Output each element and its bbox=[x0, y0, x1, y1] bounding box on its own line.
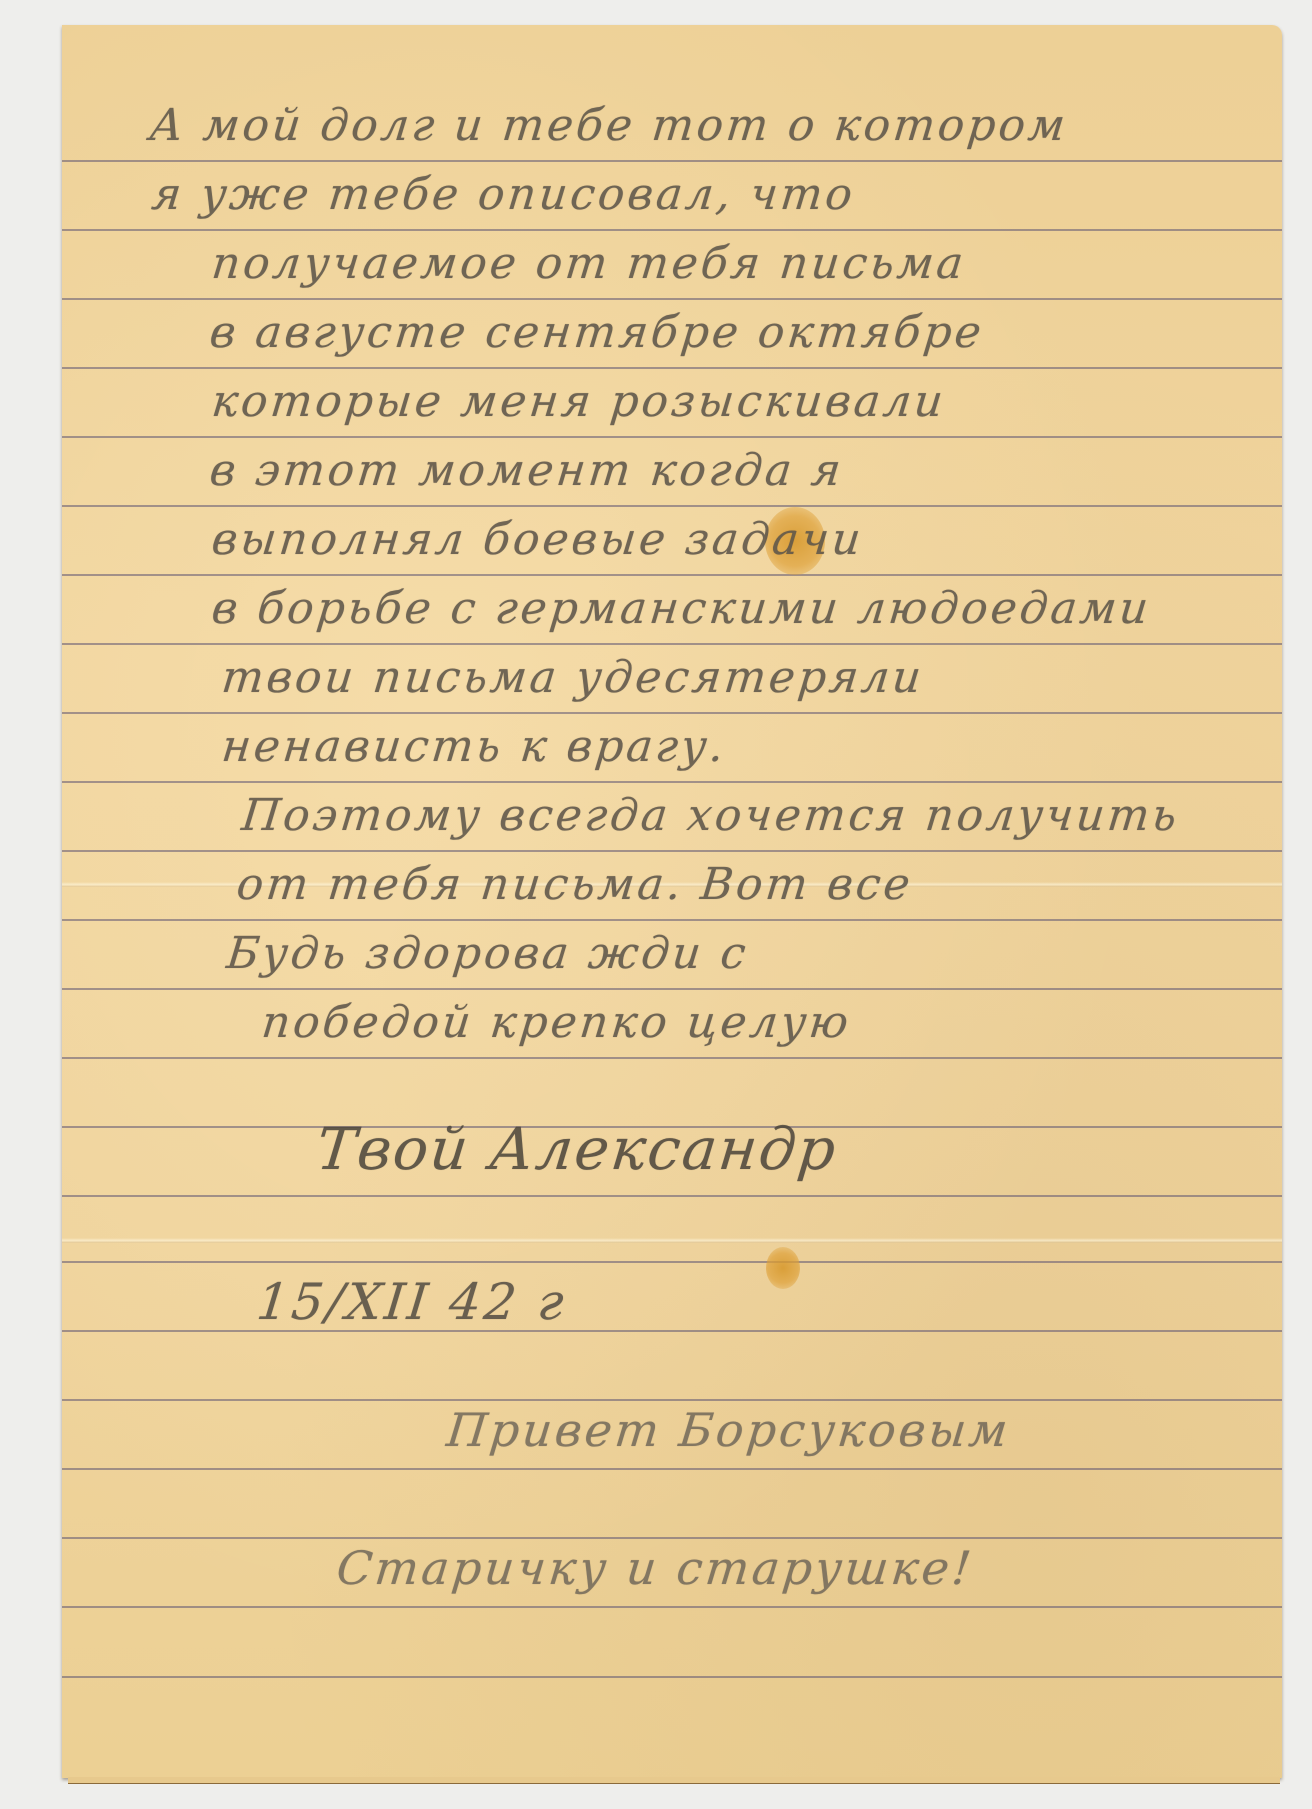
letter-line: которые меня розыскивали bbox=[209, 376, 948, 427]
letter-line: Поэтому всегда хочется получить bbox=[239, 790, 1182, 841]
ruled-line bbox=[62, 1606, 1282, 1608]
ruled-line bbox=[62, 1261, 1282, 1263]
ruled-line bbox=[62, 229, 1282, 231]
letter-paper: А мой долг и тебе тот о котором я уже те… bbox=[62, 25, 1282, 1778]
ruled-line bbox=[62, 643, 1282, 645]
ruled-line bbox=[62, 367, 1282, 369]
ruled-line bbox=[62, 436, 1282, 438]
letter-line: победой крепко целую bbox=[259, 997, 853, 1048]
ruled-line bbox=[62, 781, 1282, 783]
ruled-line bbox=[62, 1330, 1282, 1332]
letter-line: я уже тебе описовал, что bbox=[149, 169, 857, 220]
ruled-line bbox=[62, 1057, 1282, 1059]
letter-line: в августе сентябре октябре bbox=[207, 307, 986, 358]
ruled-line bbox=[62, 1468, 1282, 1470]
ruled-line bbox=[62, 850, 1282, 852]
ruled-line bbox=[62, 1676, 1282, 1678]
ruled-line bbox=[62, 919, 1282, 921]
letter-line: в этот момент когда я bbox=[207, 445, 846, 496]
letter-date: 15/XII 42 г bbox=[254, 1273, 569, 1331]
signature: Твой Александр bbox=[313, 1115, 840, 1183]
ruled-line bbox=[62, 988, 1282, 990]
letter-line: А мой долг и тебе тот о котором bbox=[147, 100, 1070, 151]
letter-line: выполнял боевые задачи bbox=[209, 514, 866, 565]
ruled-line bbox=[62, 160, 1282, 162]
ruled-line bbox=[62, 1195, 1282, 1197]
ruled-line bbox=[62, 1537, 1282, 1539]
letter-line: твои письма удесятеряли bbox=[219, 652, 926, 703]
postscript-line: Старичку и старушке! bbox=[334, 1541, 976, 1595]
letter-line: ненависть к врагу. bbox=[219, 721, 729, 772]
fold-crease bbox=[62, 1238, 1282, 1243]
ruled-line bbox=[62, 712, 1282, 714]
letter-line: Будь здорова жди с bbox=[224, 928, 751, 979]
postscript-line: Привет Борсуковым bbox=[444, 1403, 1013, 1457]
letter-line: от тебя письма. Вот все bbox=[234, 859, 915, 910]
ruled-line bbox=[62, 1399, 1282, 1401]
letter-line: получаемое от тебя письма bbox=[209, 238, 968, 289]
ruled-line bbox=[62, 574, 1282, 576]
stain bbox=[766, 1247, 800, 1289]
ruled-line bbox=[62, 298, 1282, 300]
letter-line: в борьбе с германскими людоедами bbox=[209, 583, 1153, 634]
ruled-line bbox=[62, 505, 1282, 507]
